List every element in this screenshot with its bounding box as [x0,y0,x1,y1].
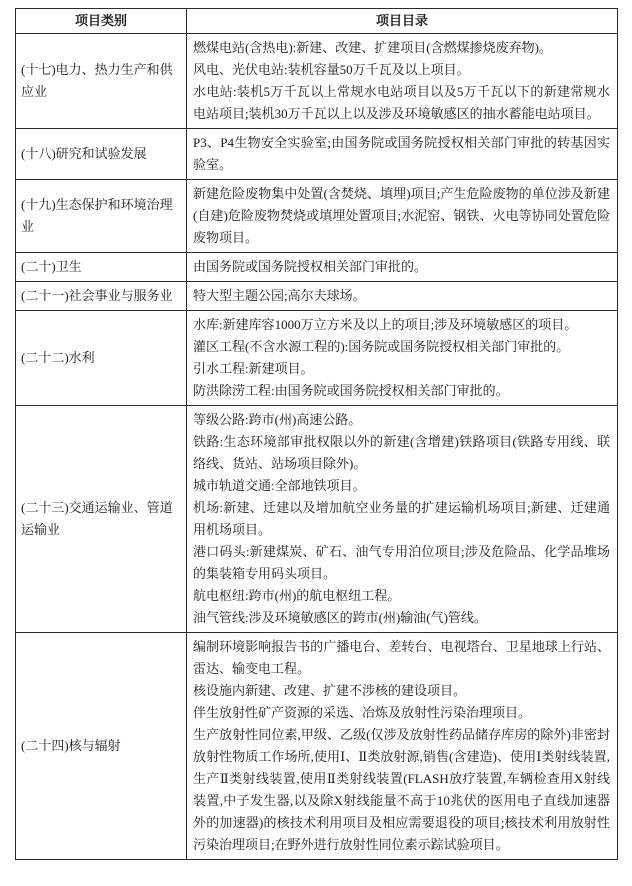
category-cell: (二十二)水利 [16,311,187,406]
directory-item: 燃煤电站(含热电):新建、改建、扩建项目(含燃煤掺烧废弃物)。 [193,37,610,59]
directory-cell: 新建危险废物集中处置(含焚烧、填埋)项目;产生危险废物的单位涉及新建(自建)危险… [187,180,618,253]
directory-item: 灌区工程(不含水源工程的):国务院或国务院授权相关部门审批的。 [193,336,610,358]
directory-item: 水电站:装机5万千瓦以上常规水电站项目以及5万千瓦以下的新建常规水电站项目;装机… [193,81,610,125]
table-row: (二十四)核与辐射编制环境影响报告书的广播电台、差转台、电视塔台、卫星地球上行站… [16,633,618,860]
table-row: (二十)卫生由国务院或国务院授权相关部门审批的。 [16,253,618,282]
table-header-row: 项目类别 项目目录 [16,9,618,34]
directory-item: 防洪除涝工程:由国务院或国务院授权相关部门审批的。 [193,380,610,402]
directory-cell: 燃煤电站(含热电):新建、改建、扩建项目(含燃煤掺烧废弃物)。风电、光伏电站:装… [187,34,618,129]
category-cell: (十八)研究和试验发展 [16,129,187,180]
category-cell: (十九)生态保护和环境治理业 [16,180,187,253]
directory-item: 油气管线:涉及环境敏感区的跨市(州)输油(气)管线。 [193,607,610,629]
directory-item: 由国务院或国务院授权相关部门审批的。 [193,256,610,278]
directory-item: 伴生放射性矿产资源的采选、冶炼及放射性污染治理项目。 [193,702,610,724]
project-category-table: 项目类别 项目目录 (十七)电力、热力生产和供应业燃煤电站(含热电):新建、改建… [15,8,618,860]
directory-cell: 水库:新建库容1000万立方米及以上的项目;涉及环境敏感区的项目。灌区工程(不含… [187,311,618,406]
directory-item: 核设施内新建、改建、扩建不涉核的建设项目。 [193,680,610,702]
table-row: (二十二)水利水库:新建库容1000万立方米及以上的项目;涉及环境敏感区的项目。… [16,311,618,406]
table-row: (十九)生态保护和环境治理业新建危险废物集中处置(含焚烧、填埋)项目;产生危险废… [16,180,618,253]
table-row: (二十一)社会事业与服务业特大型主题公园;高尔夫球场。 [16,282,618,311]
directory-item: 新建危险废物集中处置(含焚烧、填埋)项目;产生危险废物的单位涉及新建(自建)危险… [193,183,610,249]
directory-item: 特大型主题公园;高尔夫球场。 [193,285,610,307]
directory-item: 城市轨道交通:全部地铁项目。 [193,475,610,497]
directory-item: 等级公路:跨市(州)高速公路。 [193,409,610,431]
directory-item: 水库:新建库容1000万立方米及以上的项目;涉及环境敏感区的项目。 [193,314,610,336]
directory-cell: 编制环境影响报告书的广播电台、差转台、电视塔台、卫星地球上行站、雷达、输变电工程… [187,633,618,860]
directory-item: 生产放射性同位素,甲级、乙级(仅涉及放射性药品储存库房的除外)非密封放射性物质工… [193,724,610,856]
directory-cell: 由国务院或国务院授权相关部门审批的。 [187,253,618,282]
category-cell: (二十一)社会事业与服务业 [16,282,187,311]
document-page: 项目类别 项目目录 (十七)电力、热力生产和供应业燃煤电站(含热电):新建、改建… [0,0,632,886]
table-row: (十八)研究和试验发展P3、P4生物安全实验室;由国务院或国务院授权相关部门审批… [16,129,618,180]
directory-cell: 特大型主题公园;高尔夫球场。 [187,282,618,311]
category-cell: (二十三)交通运输业、管道运输业 [16,406,187,633]
category-cell: (二十四)核与辐射 [16,633,187,860]
directory-item: 机场:新建、迁建以及增加航空业务量的扩建运输机场项目;新建、迁建通用机场项目。 [193,497,610,541]
category-cell: (二十)卫生 [16,253,187,282]
directory-item: 铁路:生态环境部审批权限以外的新建(含增建)铁路项目(铁路专用线、联络线、货站、… [193,431,610,475]
column-header-directory: 项目目录 [187,9,618,34]
directory-item: 引水工程:新建项目。 [193,358,610,380]
directory-cell: P3、P4生物安全实验室;由国务院或国务院授权相关部门审批的转基因实验室。 [187,129,618,180]
column-header-category: 项目类别 [16,9,187,34]
table-body: (十七)电力、热力生产和供应业燃煤电站(含热电):新建、改建、扩建项目(含燃煤掺… [16,34,618,860]
directory-item: 编制环境影响报告书的广播电台、差转台、电视塔台、卫星地球上行站、雷达、输变电工程… [193,636,610,680]
directory-item: 航电枢纽:跨市(州)的航电枢纽工程。 [193,585,610,607]
directory-item: 风电、光伏电站:装机容量50万千瓦及以上项目。 [193,59,610,81]
table-row: (二十三)交通运输业、管道运输业等级公路:跨市(州)高速公路。铁路:生态环境部审… [16,406,618,633]
directory-item: 港口码头:新建煤炭、矿石、油气专用泊位项目;涉及危险品、化学品堆场的集装箱专用码… [193,541,610,585]
directory-item: P3、P4生物安全实验室;由国务院或国务院授权相关部门审批的转基因实验室。 [193,132,610,176]
category-cell: (十七)电力、热力生产和供应业 [16,34,187,129]
directory-cell: 等级公路:跨市(州)高速公路。铁路:生态环境部审批权限以外的新建(含增建)铁路项… [187,406,618,633]
table-row: (十七)电力、热力生产和供应业燃煤电站(含热电):新建、改建、扩建项目(含燃煤掺… [16,34,618,129]
